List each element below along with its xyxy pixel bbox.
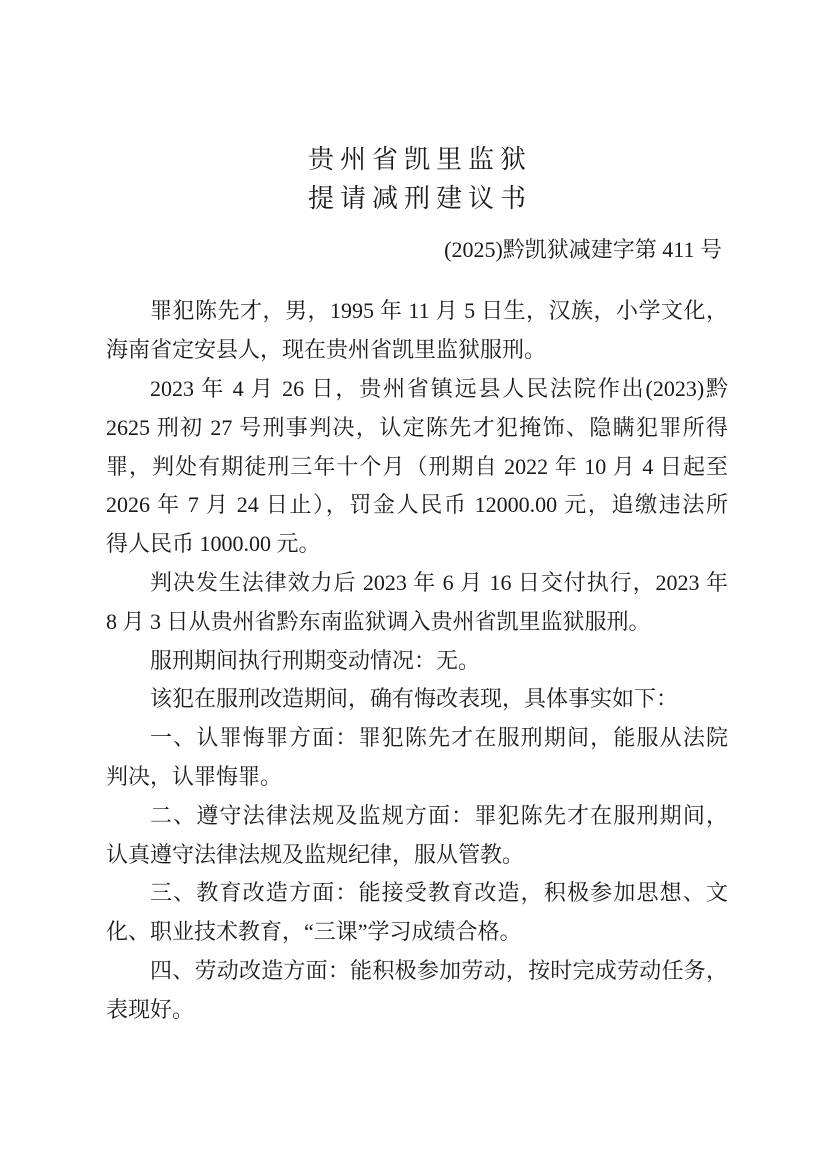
body-line: 罪犯陈先才，男，1995 年 11 月 5 日生，汉族，小学文化， bbox=[106, 292, 728, 331]
body-line: 一、认罪悔罪方面：罪犯陈先才在服刑期间，能服从法院 bbox=[106, 719, 728, 758]
document-subtitle: 提请减刑建议书 bbox=[106, 180, 728, 219]
body-line: 得人民币 1000.00 元。 bbox=[106, 525, 728, 564]
document-body: 罪犯陈先才，男，1995 年 11 月 5 日生，汉族，小学文化，海南省定安县人… bbox=[106, 292, 728, 1029]
body-line: 表现好。 bbox=[106, 991, 728, 1030]
document-title: 贵州省凯里监狱 bbox=[106, 141, 728, 180]
body-line: 认真遵守法律法规及监规纪律，服从管教。 bbox=[106, 836, 728, 875]
paragraph: 三、教育改造方面：能接受教育改造，积极参加思想、文化、职业技术教育，“三课”学习… bbox=[106, 874, 728, 952]
paragraph: 罪犯陈先才，男，1995 年 11 月 5 日生，汉族，小学文化，海南省定安县人… bbox=[106, 292, 728, 370]
body-line: 四、劳动改造方面：能积极参加劳动，按时完成劳动任务， bbox=[106, 952, 728, 991]
paragraph: 该犯在服刑改造期间，确有悔改表现，具体事实如下： bbox=[106, 680, 728, 719]
body-line: 判决，认罪悔罪。 bbox=[106, 758, 728, 797]
body-line: 该犯在服刑改造期间，确有悔改表现，具体事实如下： bbox=[106, 680, 728, 719]
document-content: 贵州省凯里监狱 提请减刑建议书 (2025)黔凯狱减建字第 411 号 罪犯陈先… bbox=[106, 141, 728, 1030]
body-line: 判决发生法律效力后 2023 年 6 月 16 日交付执行，2023 年 bbox=[106, 564, 728, 603]
paragraph: 2023 年 4 月 26 日，贵州省镇远县人民法院作出(2023)黔2625 … bbox=[106, 370, 728, 564]
body-line: 2026 年 7 月 24 日止），罚金人民币 12000.00 元，追缴违法所 bbox=[106, 486, 728, 525]
body-line: 化、职业技术教育，“三课”学习成绩合格。 bbox=[106, 913, 728, 952]
body-line: 8 月 3 日从贵州省黔东南监狱调入贵州省凯里监狱服刑。 bbox=[106, 603, 728, 642]
body-line: 服刑期间执行刑期变动情况：无。 bbox=[106, 642, 728, 681]
document-page: 贵州省凯里监狱 提请减刑建议书 (2025)黔凯狱减建字第 411 号 罪犯陈先… bbox=[0, 0, 827, 1169]
body-line: 海南省定安县人，现在贵州省凯里监狱服刑。 bbox=[106, 331, 728, 370]
paragraph: 一、认罪悔罪方面：罪犯陈先才在服刑期间，能服从法院判决，认罪悔罪。 bbox=[106, 719, 728, 797]
body-line: 罪，判处有期徒刑三年十个月（刑期自 2022 年 10 月 4 日起至 bbox=[106, 448, 728, 487]
body-line: 二、遵守法律法规及监规方面：罪犯陈先才在服刑期间， bbox=[106, 797, 728, 836]
body-line: 2625 刑初 27 号刑事判决，认定陈先才犯掩饰、隐瞒犯罪所得 bbox=[106, 409, 728, 448]
paragraph: 判决发生法律效力后 2023 年 6 月 16 日交付执行，2023 年8 月 … bbox=[106, 564, 728, 642]
document-number: (2025)黔凯狱减建字第 411 号 bbox=[106, 231, 728, 270]
body-line: 2023 年 4 月 26 日，贵州省镇远县人民法院作出(2023)黔 bbox=[106, 370, 728, 409]
paragraph: 二、遵守法律法规及监规方面：罪犯陈先才在服刑期间，认真遵守法律法规及监规纪律，服… bbox=[106, 797, 728, 875]
body-line: 三、教育改造方面：能接受教育改造，积极参加思想、文 bbox=[106, 874, 728, 913]
paragraph: 服刑期间执行刑期变动情况：无。 bbox=[106, 642, 728, 681]
paragraph: 四、劳动改造方面：能积极参加劳动，按时完成劳动任务，表现好。 bbox=[106, 952, 728, 1030]
